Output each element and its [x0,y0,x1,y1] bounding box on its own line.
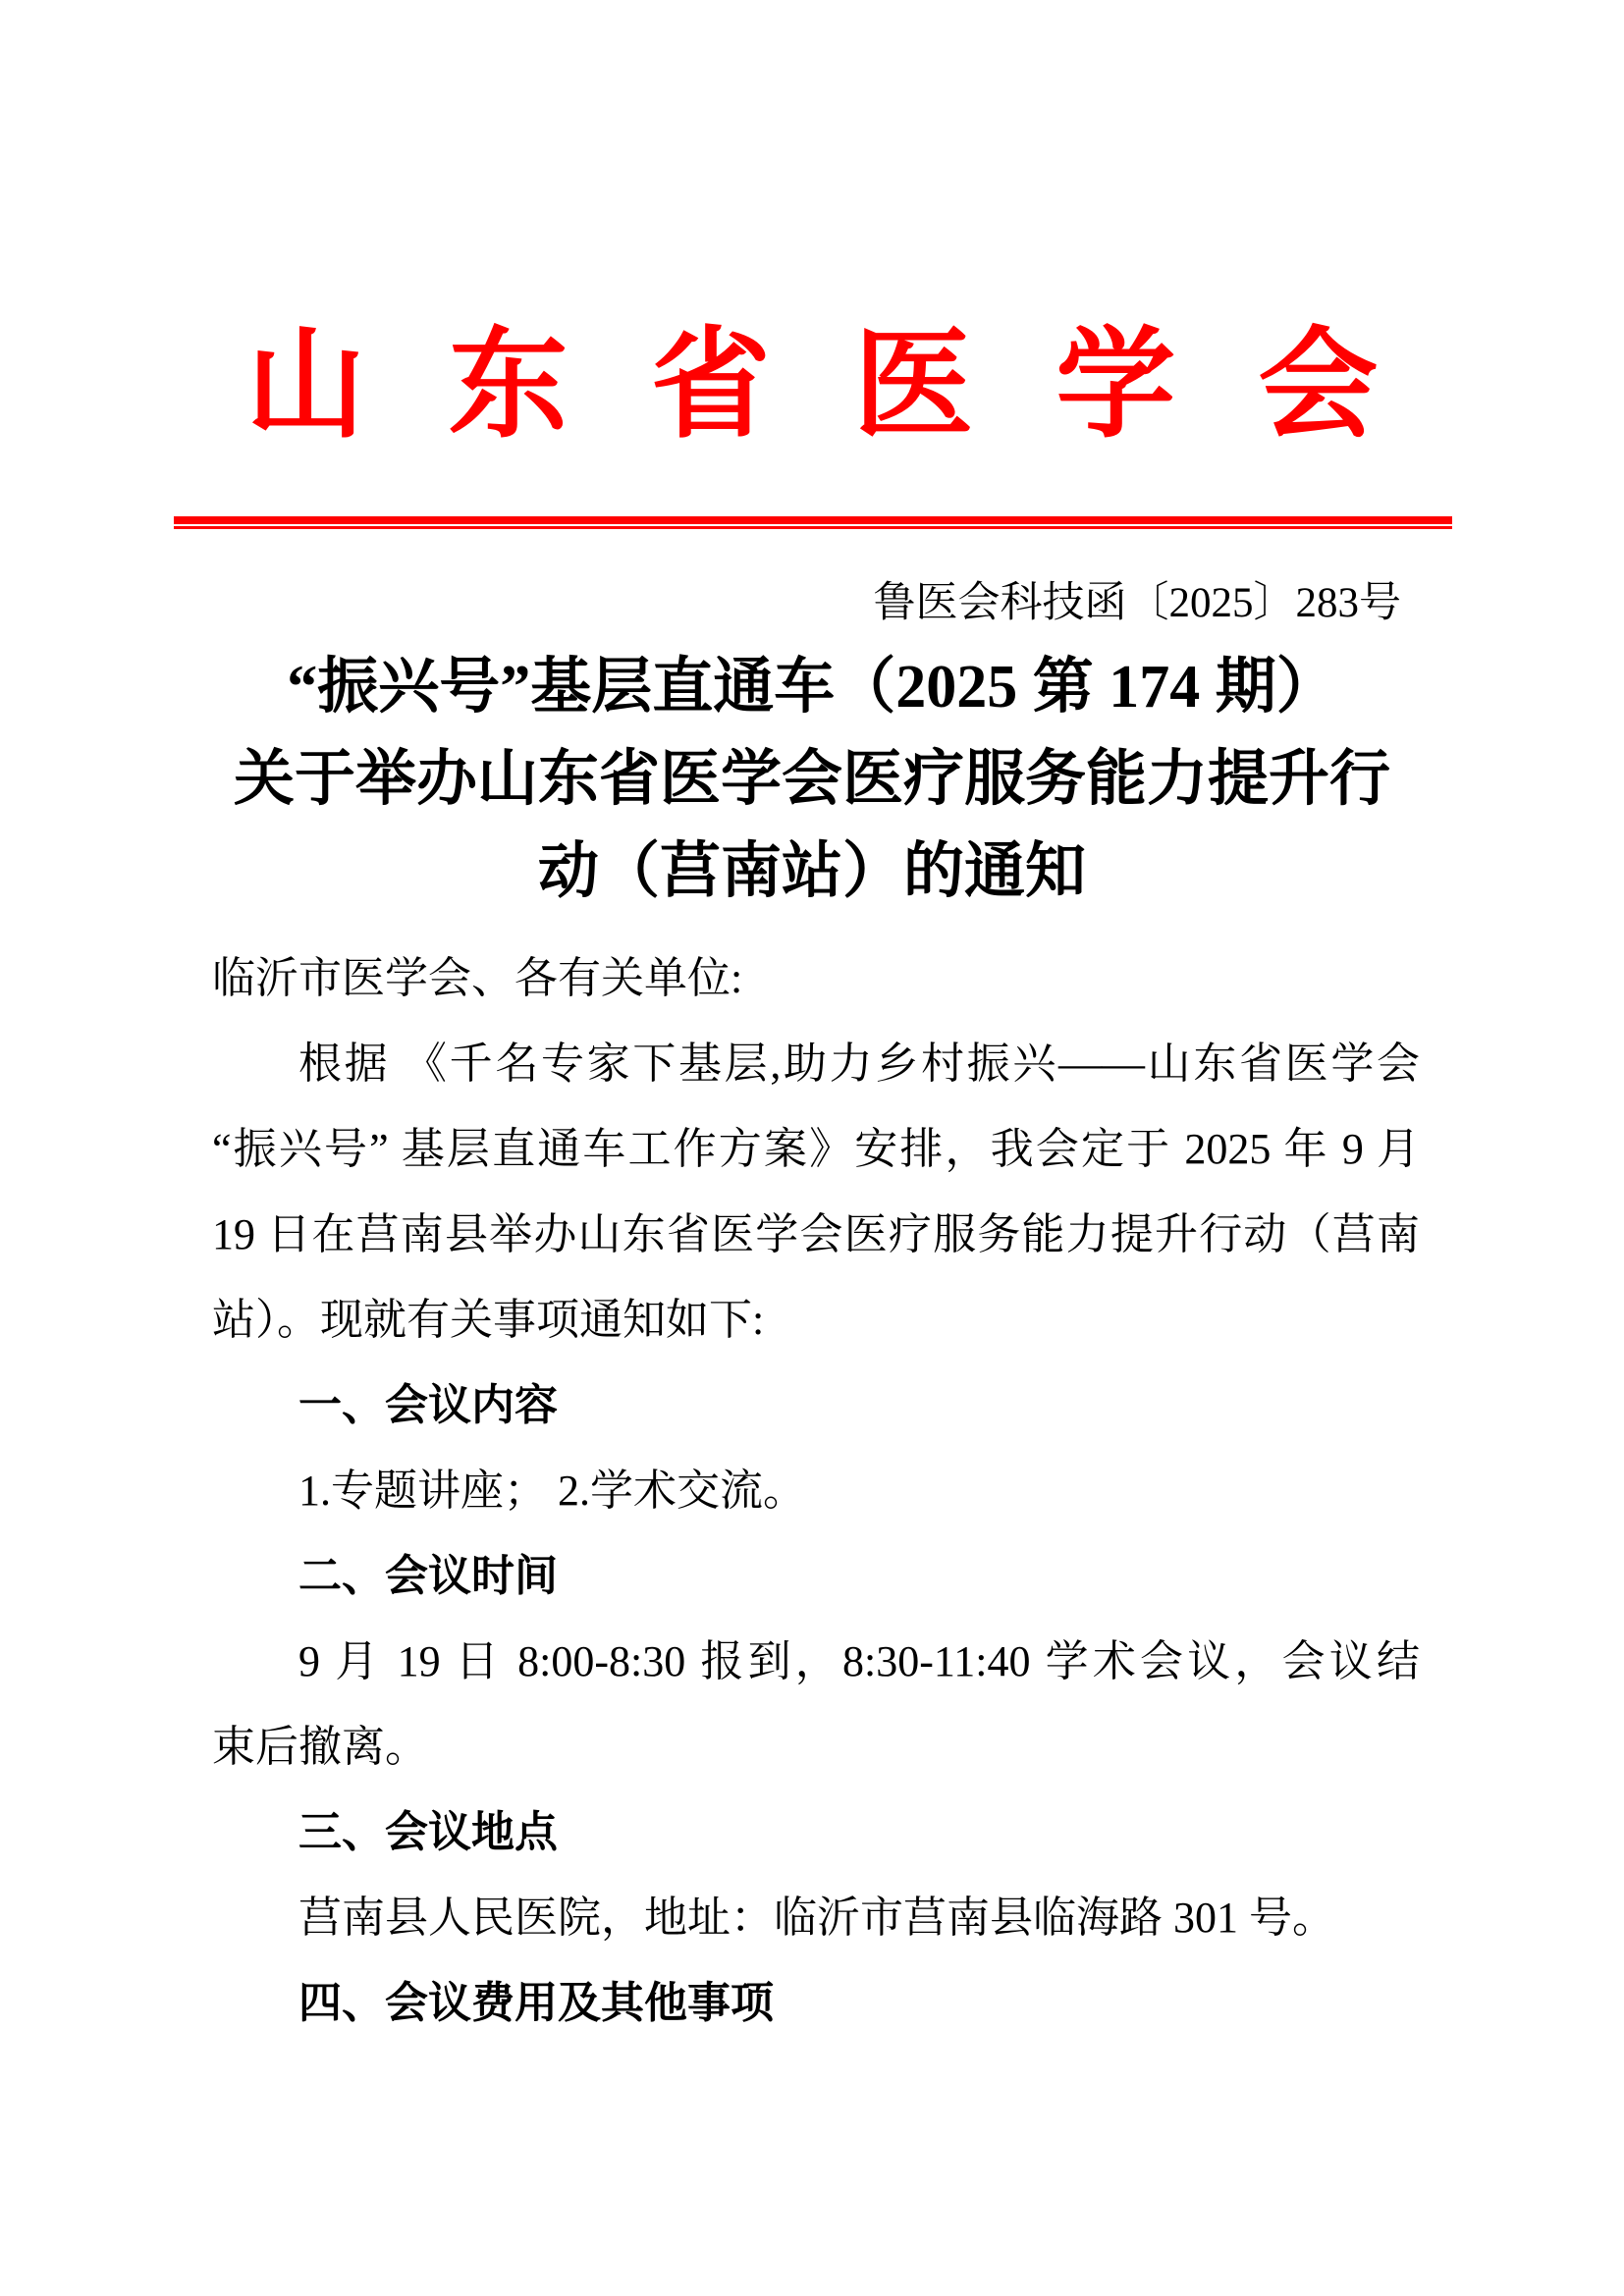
section-heading-4: 四、会议费用及其他事项 [212,1960,1420,2046]
masthead-divider-rule [174,516,1452,529]
document-title-line-2: 关于举办山东省医学会医疗服务能力提升行 [0,733,1624,826]
document-title: “振兴号”基层直通车（2025 第 174 期） 关于举办山东省医学会医疗服务能… [0,641,1624,918]
section-heading-2: 二、会议时间 [212,1533,1420,1619]
salutation-line: 临沂市医学会、各有关单位: [212,935,1420,1021]
body-line: 根据 《千名专家下基层,助力乡村振兴——山东省医学会 [212,1021,1420,1106]
body-line: “振兴号” 基层直通车工作方案》安排，我会定于 2025 年 9 月 [212,1106,1420,1192]
body-line: 莒南县人民医院，地址：临沂市莒南县临海路 301 号。 [212,1875,1420,1960]
document-body: 临沂市医学会、各有关单位: 根据 《千名专家下基层,助力乡村振兴——山东省医学会… [212,935,1420,2046]
org-masthead-title: 山 东 省 医 学 会 [0,322,1624,452]
body-line: 站）。现就有关事项通知如下: [212,1277,1420,1362]
body-line: 束后撤离。 [212,1704,1420,1789]
document-title-line-1: “振兴号”基层直通车（2025 第 174 期） [0,641,1624,733]
body-line: 1.专题讲座； 2.学术交流。 [212,1448,1420,1533]
body-line: 9 月 19 日 8:00-8:30 报到，8:30-11:40 学术会议，会议… [212,1619,1420,1704]
body-line: 19 日在莒南县举办山东省医学会医疗服务能力提升行动（莒南 [212,1192,1420,1277]
section-heading-1: 一、会议内容 [212,1362,1420,1448]
document-reference-number: 鲁医会科技函〔2025〕283号 [0,578,1624,629]
document-title-line-3: 动（莒南站）的通知 [0,826,1624,918]
section-heading-3: 三、会议地点 [212,1789,1420,1875]
document-page: 山 东 省 医 学 会 鲁医会科技函〔2025〕283号 “振兴号”基层直通车（… [0,0,1624,2296]
